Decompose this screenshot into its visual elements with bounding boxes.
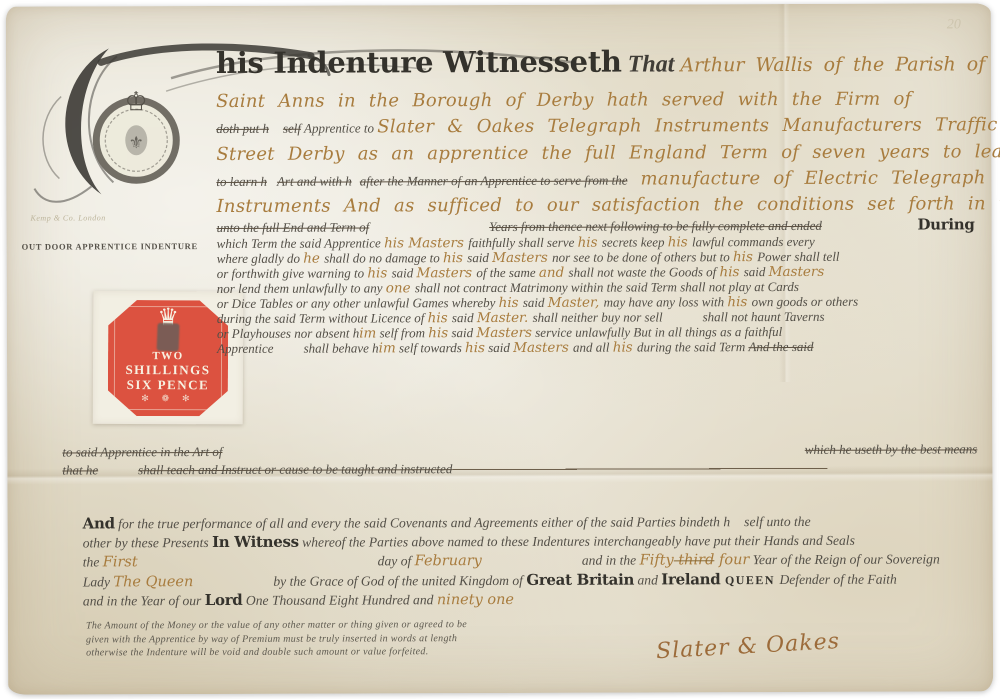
handwritten-text: his — [727, 295, 751, 310]
witness-clause: And for the true performance of all and … — [83, 511, 975, 610]
printed-text: Ireland — [661, 570, 720, 589]
text-line: Saint Anns in the Borough of Derby hath … — [216, 86, 974, 115]
handwritten-text: First — [103, 554, 138, 573]
printed-text: self — [283, 116, 301, 142]
firm-signature: Slater & Oakes — [655, 629, 840, 664]
parchment-sheet: 20 ♔ ⚜ Kemp & Co. London OUT DOOR APPREN… — [6, 3, 993, 694]
printed-text: or Playhouses nor absent h — [217, 326, 359, 342]
handwritten-text: Masters — [513, 341, 573, 356]
handwritten-text: his — [578, 235, 602, 250]
handwritten-text: and — [539, 266, 569, 281]
garter-motto-band — [105, 109, 167, 171]
printer-imprint: Kemp & Co. London — [31, 213, 106, 222]
printed-text: Art and with h — [277, 168, 352, 195]
stamp-value-word: TWO — [108, 350, 228, 362]
handwritten-text: Street Derby as an apprentice the full E… — [216, 138, 1000, 168]
printed-text: his Indenture Witnesseth — [216, 45, 622, 80]
printed-text: given with the Apprentice by way of Prem… — [86, 632, 457, 647]
printed-text: whereof the Parties above named to these… — [299, 531, 855, 552]
handwritten-text: Fifty — [640, 552, 674, 571]
printed-text: shall not haunt Taverns — [703, 309, 825, 325]
printed-text: which Term the said Apprentice — [217, 235, 384, 251]
printed-text: Apprentice to — [301, 116, 377, 143]
premium-fine-print: The Amount of the Money or the value of … — [86, 618, 536, 660]
printed-text: Defender of the Faith — [779, 569, 896, 589]
handwritten-text: Masters — [492, 250, 552, 265]
printed-text: Apprentice — [217, 341, 274, 356]
strike-rule — [452, 461, 827, 475]
embossed-shield — [125, 125, 147, 155]
printed-text: unto the full End and Term of — [217, 220, 370, 236]
printed-text: shall behave h — [304, 341, 379, 356]
handwritten-text: Master. — [477, 311, 533, 326]
printed-text: During — [917, 218, 974, 233]
printed-text: said — [452, 310, 477, 325]
printed-text: to said Apprentice in the Art of — [62, 443, 222, 462]
crown-icon: ♛ — [108, 303, 228, 331]
initial-T-crescent — [65, 48, 109, 194]
printed-text: may have any loss with — [604, 294, 728, 310]
handwritten-text: Instruments And as sufficed to our satis… — [216, 191, 1000, 221]
printed-text: shall not contract Matrimony within the … — [415, 279, 799, 295]
printed-text: during the said Term — [637, 339, 749, 354]
handwritten-text: his — [428, 311, 452, 326]
text-line: that heshall teach and Instruct or cause… — [62, 458, 977, 479]
printed-text: nor see to be done of others but to — [552, 249, 733, 265]
handwritten-text: his — [443, 251, 467, 266]
printed-text: shall do no damage to — [324, 250, 443, 266]
text-line: to said Apprentice in the Art ofwhich he… — [62, 440, 977, 461]
printed-text: said — [392, 265, 417, 280]
handwritten-text: manufacture of Electric Telegraph — [627, 165, 985, 193]
handwritten-text: one — [386, 281, 415, 296]
handwritten-text: February — [415, 552, 482, 571]
printed-text: That — [622, 51, 681, 78]
struck-clause-lines: to said Apprentice in the Art ofwhich he… — [62, 440, 977, 479]
printed-text: Power shall tell — [757, 248, 839, 263]
handwritten-text: Saint Anns in the Borough of Derby hath … — [216, 87, 912, 116]
document-scan: 20 ♔ ⚜ Kemp & Co. London OUT DOOR APPREN… — [0, 0, 1000, 699]
printed-text: said — [744, 264, 769, 279]
text-line: his Indenture Witnesseth That Arthur Wal… — [216, 43, 974, 89]
printed-text: and in the — [582, 551, 640, 570]
text-line: to learn hArt and with hafter the Manner… — [216, 165, 974, 194]
printed-text: Years from thence next following to be f… — [489, 218, 822, 234]
printed-text: One Thousand Eight Hundred and — [242, 590, 436, 610]
printed-text: said — [485, 340, 513, 355]
handwritten-text: he — [303, 251, 324, 266]
printed-text: self from — [376, 325, 428, 340]
handwritten-text: Slater & Oakes Telegraph Instruments Man… — [377, 113, 997, 141]
printed-text: lawful commands every — [692, 233, 815, 249]
handwritten-text: his — [668, 235, 692, 250]
printed-text: shall neither buy nor sell — [533, 309, 663, 325]
handwritten-text: Masters — [476, 326, 532, 341]
text-line: and in the Year of our Lord One Thousand… — [83, 588, 975, 610]
printed-text: doth put h — [216, 116, 269, 142]
printed-text: Year of the Reign of our Sovereign — [749, 550, 939, 570]
printed-text: after the Manner of an Apprentice to ser… — [360, 167, 628, 194]
handwritten-text: third — [674, 552, 715, 571]
printed-text: the — [83, 553, 103, 572]
printed-text: said — [448, 325, 476, 340]
text-line: Street Derby as an apprentice the full E… — [216, 139, 974, 168]
printed-text: faithfully shall serve — [468, 234, 577, 249]
stamp-value-word: SIX PENCE — [108, 377, 228, 393]
handwritten-text: The Queen — [113, 573, 193, 592]
printed-text: In Witness — [212, 533, 299, 553]
printed-text: and in the Year of our — [83, 591, 205, 611]
printed-text: Lord — [205, 591, 243, 610]
printed-text: Great Britain — [526, 570, 634, 590]
garter-crest — [96, 100, 176, 180]
printed-text: and — [634, 570, 661, 589]
printed-text: self towards — [396, 340, 465, 355]
revenue-stamp: ♛ TWO SHILLINGS SIX PENCE ✻ ❁ ✻ — [108, 300, 228, 416]
embossed-cypher — [157, 323, 180, 352]
printed-text: said — [467, 250, 492, 265]
handwritten-text: four — [714, 552, 749, 571]
handwritten-text: ninety one — [437, 591, 514, 610]
printed-text: day of — [378, 552, 415, 571]
printed-text: for the true performance of all and ever… — [115, 512, 730, 533]
text-line: Lady The Queenby the Grace of God of the… — [83, 569, 975, 591]
printed-text: Lady — [83, 572, 114, 591]
printed-text: shall teach and Instruct or cause to be … — [138, 460, 452, 479]
fleur-de-lis-icon: ⚜ — [129, 133, 144, 153]
printed-text: and all — [573, 340, 613, 355]
calligraphic-flourish — [89, 56, 118, 182]
printed-text: where gladly do — [217, 250, 304, 265]
handwritten-text: his Masters — [384, 236, 468, 251]
handwritten-text: his — [733, 250, 757, 265]
text-line: otherwise the Indenture will be void and… — [86, 645, 536, 660]
handwritten-text: Arthur Wallis of the Parish of — [680, 53, 985, 76]
printed-text: otherwise the Indenture will be void and… — [86, 645, 428, 660]
printed-text: said — [523, 295, 548, 310]
handwritten-text: his — [428, 326, 448, 341]
handwritten-text: his — [613, 341, 637, 356]
calligraphic-flourish — [43, 97, 62, 179]
calligraphic-flourish — [34, 186, 91, 201]
printed-text: or forthwith give warning to — [217, 265, 368, 281]
pencil-corner-number: 20 — [947, 17, 961, 33]
form-title-label: OUT DOOR APPRENTICE INDENTURE — [22, 241, 198, 252]
text-line: Instruments And as sufficed to our satis… — [216, 192, 974, 221]
printed-text: to learn h — [216, 169, 267, 195]
printed-text: shall not waste the Goods of — [569, 264, 720, 280]
printed-text: QUEEN — [720, 571, 779, 590]
handwritten-text: im — [379, 342, 396, 357]
printed-text: service unlawfully But in all things as … — [532, 324, 782, 340]
handwritten-text: his — [465, 341, 485, 356]
handwritten-text: his — [719, 265, 743, 280]
printed-text: during the said Term without Licence of — [217, 310, 428, 326]
printed-text: And the said — [748, 339, 813, 354]
spacer — [827, 471, 977, 472]
spacer — [138, 566, 378, 567]
printed-text: nor lend them unlawfully to any — [217, 280, 386, 296]
printed-text: that he — [62, 461, 98, 479]
printed-text: And — [83, 514, 115, 533]
stamp-value-word: SHILLINGS — [108, 362, 228, 378]
crown-icon: ♔ — [124, 87, 147, 117]
printed-text: self unto the — [744, 512, 811, 531]
handwritten-text: his — [499, 296, 523, 311]
printed-text: The Amount of the Money or the value of … — [86, 618, 467, 633]
printed-text: which he useth by the best means — [805, 440, 978, 459]
text-line: Apprenticeshall behave him self towards … — [217, 339, 975, 357]
handwritten-text: Master, — [548, 296, 604, 311]
handwritten-text: im — [359, 327, 376, 342]
main-indenture-text: his Indenture Witnesseth That Arthur Wal… — [216, 43, 975, 356]
text-line: doth put hself Apprentice to Slater & Oa… — [216, 113, 974, 142]
handwritten-text: Masters — [416, 266, 476, 281]
printed-text: or Dice Tables or any other unlawful Gam… — [217, 295, 499, 311]
printed-text: of the same — [476, 265, 539, 280]
printed-text: by the Grace of God of the united Kingdo… — [273, 570, 526, 590]
printed-text: other by these Presents — [83, 533, 212, 553]
stamp-ornaments: ✻ ❁ ✻ — [108, 394, 228, 404]
handwritten-text: his — [367, 266, 391, 281]
handwritten-text: Masters — [769, 265, 825, 280]
printed-text: secrets keep — [602, 234, 668, 249]
printed-text: own goods or others — [752, 294, 859, 309]
